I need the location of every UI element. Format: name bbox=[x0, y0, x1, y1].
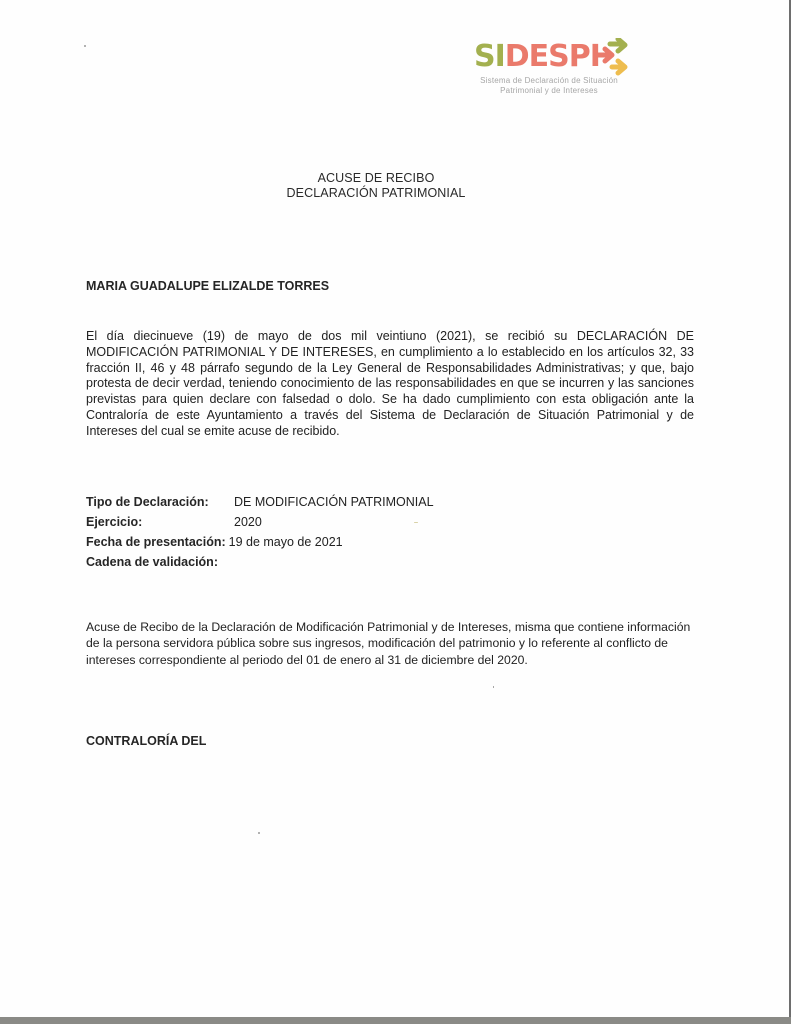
signoff: CONTRALORÍA DEL bbox=[86, 734, 206, 748]
logo-subtitle-line-1: Sistema de Declaración de Situación bbox=[474, 76, 624, 86]
field-row-fecha: Fecha de presentación:19 de mayo de 2021 bbox=[86, 532, 434, 552]
summary-paragraph: Acuse de Recibo de la Declaración de Mod… bbox=[86, 619, 696, 668]
field-value-tipo: DE MODIFICACIÓN PATRIMONIAL bbox=[234, 495, 434, 509]
field-label-tipo: Tipo de Declaración: bbox=[86, 492, 234, 512]
scan-speck bbox=[258, 832, 260, 834]
field-row-tipo: Tipo de Declaración:DE MODIFICACIÓN PATR… bbox=[86, 492, 434, 512]
declaration-fields: Tipo de Declaración:DE MODIFICACIÓN PATR… bbox=[86, 492, 434, 572]
scan-speck bbox=[493, 686, 494, 688]
field-value-ejercicio: 2020 bbox=[234, 515, 262, 529]
logo-wordmark: SIDESPI bbox=[474, 38, 600, 76]
scanned-page: SIDESPI Sistema de Declaración de Situac… bbox=[0, 0, 789, 1017]
field-row-ejercicio: Ejercicio:2020 bbox=[86, 512, 434, 532]
sidespi-logo: SIDESPI Sistema de Declaración de Situac… bbox=[474, 38, 644, 102]
logo-wordmark-part-2: DESPI bbox=[505, 39, 600, 74]
field-label-fecha: Fecha de presentación: bbox=[86, 532, 226, 552]
document-subtitle: DECLARACIÓN PATRIMONIAL bbox=[0, 186, 752, 200]
scan-border-bottom bbox=[0, 1017, 791, 1024]
recipient-name: MARIA GUADALUPE ELIZALDE TORRES bbox=[86, 279, 329, 293]
scan-speck bbox=[84, 45, 86, 47]
logo-subtitle: Sistema de Declaración de Situación Patr… bbox=[474, 76, 624, 96]
field-label-cadena: Cadena de validación: bbox=[86, 552, 234, 572]
logo-wordmark-part-1: SI bbox=[474, 39, 505, 74]
document-title: ACUSE DE RECIBO bbox=[0, 171, 752, 185]
logo-arrows-icon bbox=[596, 38, 632, 78]
field-row-cadena: Cadena de validación: bbox=[86, 552, 434, 572]
field-label-ejercicio: Ejercicio: bbox=[86, 512, 234, 532]
receipt-paragraph: El día diecinueve (19) de mayo de dos mi… bbox=[86, 329, 694, 440]
field-value-fecha: 19 de mayo de 2021 bbox=[229, 535, 343, 549]
logo-subtitle-line-2: Patrimonial y de Intereses bbox=[474, 86, 624, 96]
